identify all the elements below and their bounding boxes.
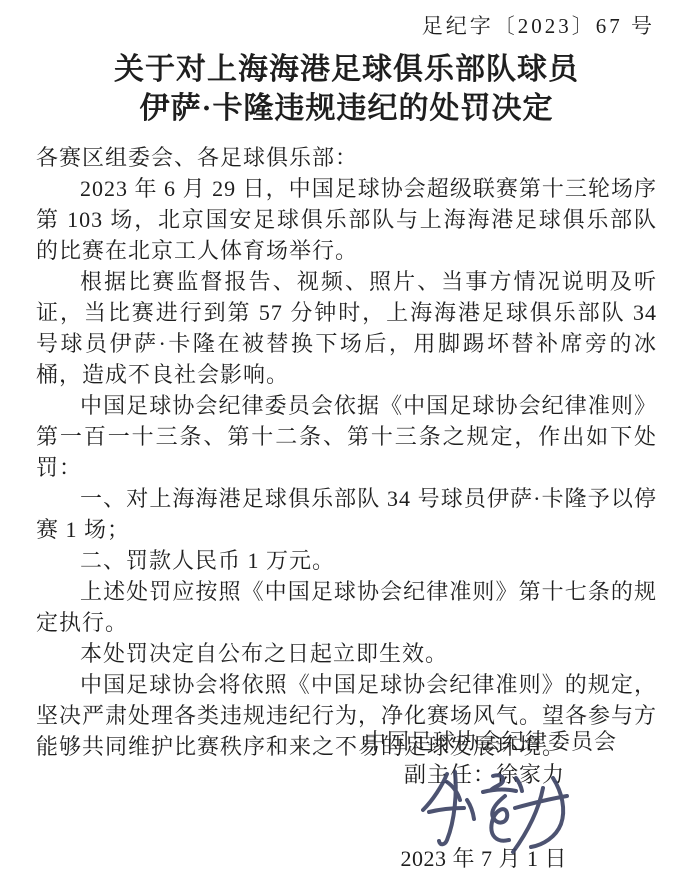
penalty-item-2: 二、罚款人民币 1 万元。 xyxy=(36,545,657,576)
body-paragraph-6: 上述处罚应按照《中国足球协会纪律准则》第十七条的规定执行。 xyxy=(36,576,657,638)
body-paragraph-1: 2023 年 6 月 29 日，中国足球协会超级联赛第十三轮场序第 103 场，… xyxy=(36,173,657,266)
title-line-2: 伊萨·卡隆违规违纪的处罚决定 xyxy=(36,89,657,128)
body-paragraph-7: 本处罚决定自公布之日起立即生效。 xyxy=(36,638,657,669)
penalty-item-1: 一、对上海海港足球俱乐部队 34 号球员伊萨·卡隆予以停赛 1 场； xyxy=(36,483,657,545)
body-paragraph-2: 根据比赛监督报告、视频、照片、当事方情况说明及听证，当比赛进行到第 57 分钟时… xyxy=(36,266,657,390)
body-paragraph-3: 中国足球协会纪律委员会依据《中国足球协会纪律准则》第一百一十三条、第十二条、第十… xyxy=(36,390,657,483)
document-body: 各赛区组委会、各足球俱乐部： 2023 年 6 月 29 日，中国足球协会超级联… xyxy=(36,142,657,762)
document-title: 关于对上海海港足球俱乐部队球员 伊萨·卡隆违规违纪的处罚决定 xyxy=(36,50,657,128)
issuing-organization: 中国足球协会纪律委员会 xyxy=(364,728,617,756)
handwritten-signature xyxy=(419,770,569,856)
title-line-1: 关于对上海海港足球俱乐部队球员 xyxy=(36,50,657,89)
signature-strokes xyxy=(423,772,567,852)
signature-block: 中国足球协会纪律委员会 副主任：徐家力 2023 年 7 月 1 日 xyxy=(36,726,657,884)
salutation-line: 各赛区组委会、各足球俱乐部： xyxy=(36,142,657,173)
document-number: 足纪字〔2023〕67 号 xyxy=(36,12,657,40)
official-document-page: 足纪字〔2023〕67 号 关于对上海海港足球俱乐部队球员 伊萨·卡隆违规违纪的… xyxy=(0,0,693,886)
